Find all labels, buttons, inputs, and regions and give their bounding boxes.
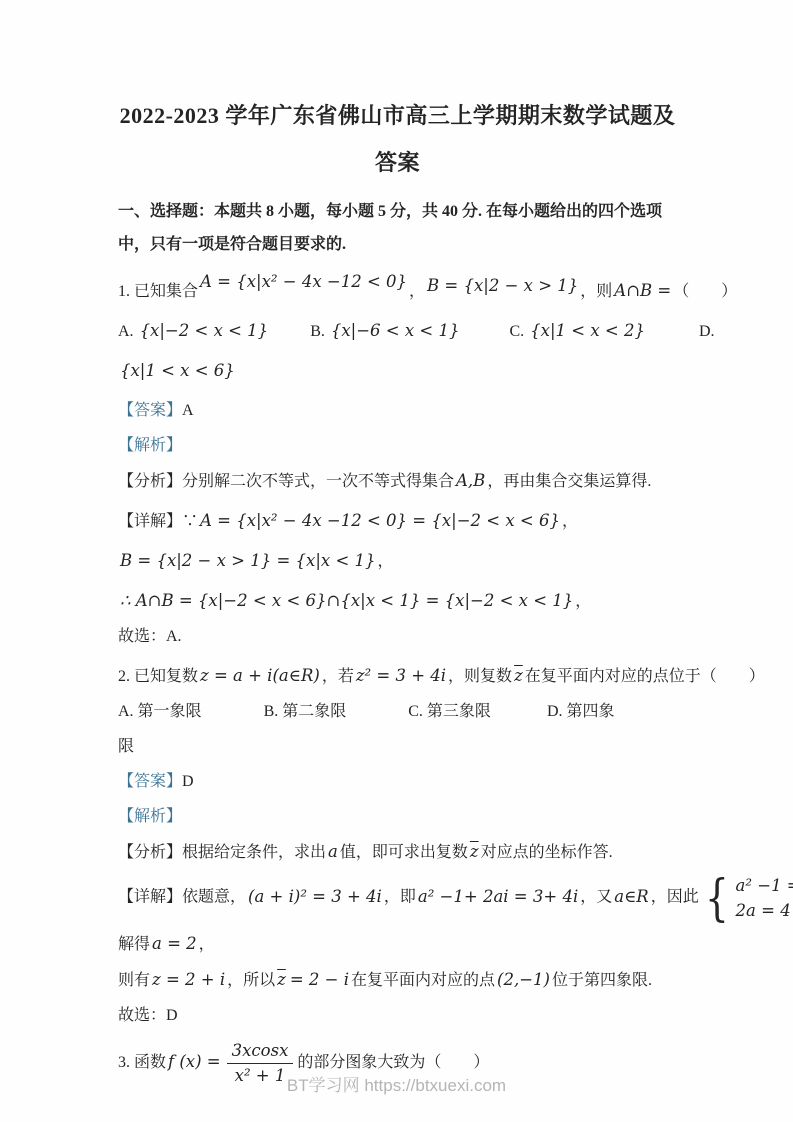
answer-label: 【解析】 xyxy=(118,437,182,454)
text-run: ， xyxy=(378,553,394,570)
equation-row: a² −1 = 3 xyxy=(734,873,793,898)
question-2-stem: 2. 已知复数z = a + i(a∈R)，若z² = 3 + 4i，则复数z在… xyxy=(118,661,677,691)
text-run: ， xyxy=(409,283,425,300)
text-run: A. 第一象限 xyxy=(118,703,202,720)
text-run: 故选：A. xyxy=(118,628,182,645)
math-run: {x|−2 < x < 1} xyxy=(138,321,271,340)
math-run: z = 2 + i xyxy=(150,970,227,989)
text-run: 解得 xyxy=(118,936,150,953)
text-run: ，因此 xyxy=(651,889,699,906)
math-run: A = {x|x² − 4x −12 < 0} = {x|−2 < x < 6} xyxy=(198,511,562,530)
text-run: ， xyxy=(575,593,591,610)
exam-document-page: 2022-2023 学年广东省佛山市高三上学期期末数学试题及答案 一、选择题：本… xyxy=(0,0,793,1122)
answer-label: 【答案】 xyxy=(118,773,182,790)
text-run: 位于第四象限. xyxy=(552,972,652,989)
spacer xyxy=(491,715,547,716)
question-1-detail-line-3: ∴ A∩B = {x|−2 < x < 6}∩{x|x < 1} = {x|−2… xyxy=(118,586,677,616)
question-1-answer: 【答案】A xyxy=(118,396,677,425)
text-run: ，则 xyxy=(580,283,612,300)
question-2-answer: 【答案】D xyxy=(118,767,677,796)
math-run: ∴ A∩B = {x|−2 < x < 6}∩{x|x < 1} = {x|−2… xyxy=(118,591,575,610)
question-2-jiexi-label: 【解析】 xyxy=(118,802,677,831)
text-run: C. 第三象限 xyxy=(408,703,491,720)
question-1-options: A. {x|−2 < x < 1}B. {x|−6 < x < 1}C. {x|… xyxy=(118,316,677,346)
text-run: D xyxy=(182,773,194,790)
question-2-detail-line-2: 解得a = 2， xyxy=(118,929,677,959)
spacer xyxy=(202,715,264,716)
equation-rows: a² −1 = 32a = 4 xyxy=(734,873,793,923)
text-run: 限 xyxy=(118,738,134,755)
text-run: 在复平面内对应的点位于（ ） xyxy=(525,668,765,685)
text-run: ，若 xyxy=(322,668,354,685)
text-run: 1. 已知集合 xyxy=(118,283,198,300)
fraction-numerator: 3xcosx xyxy=(227,1040,294,1064)
question-2-conclusion: 故选：D xyxy=(118,1001,677,1030)
question-1-jiexi-label: 【解析】 xyxy=(118,431,677,460)
text-run: 3. 函数 xyxy=(118,1054,166,1071)
question-2-detail-line-3: 则有z = 2 + i，所以z= 2 − i在复平面内对应的点(2,−1)位于第… xyxy=(118,965,677,995)
spacer xyxy=(461,335,509,336)
text-run: 【详解】依题意， xyxy=(118,889,246,906)
text-run: ，即 xyxy=(384,889,416,906)
footer-watermark: BT学习网 https://btxuexi.com xyxy=(0,1071,793,1096)
question-1-detail-line-1: 【详解】∵A = {x|x² − 4x −12 < 0} = {x|−2 < x… xyxy=(118,506,677,536)
math-run: (2,−1) xyxy=(495,970,552,989)
text-run: 值，即可求出复数 xyxy=(340,844,468,861)
text-run: 【分析】分别解二次不等式，一次不等式得集合 xyxy=(118,473,454,490)
text-run: C. xyxy=(509,323,528,340)
answer-label: 【答案】 xyxy=(118,402,182,419)
answer-label: 【解析】 xyxy=(118,808,182,825)
math-run: a² −1+ 2ai = 3+ 4i xyxy=(416,887,580,906)
math-run: A∩B = xyxy=(612,281,673,300)
math-run: f (x) = xyxy=(166,1052,223,1071)
equation-row: 2a = 4 xyxy=(734,898,793,923)
spacer xyxy=(346,715,408,716)
math-run: A,B xyxy=(454,471,487,490)
text-run: D. xyxy=(699,323,715,340)
text-run: 2. 已知复数 xyxy=(118,668,198,685)
math-run: {x|−6 < x < 1} xyxy=(329,321,462,340)
text-run: 在复平面内对应的点 xyxy=(351,972,495,989)
left-brace: { xyxy=(705,876,729,921)
question-1-stem: 1. 已知集合A = {x|x² − 4x −12 < 0}，B = {x|2 … xyxy=(118,267,677,310)
math-run: B = {x|2 − x > 1} xyxy=(425,268,580,304)
math-run: B = {x|2 − x > 1} = {x|x < 1} xyxy=(118,551,378,570)
question-2-options: A. 第一象限B. 第二象限C. 第三象限D. 第四象 xyxy=(118,697,677,726)
spacer xyxy=(270,335,310,336)
question-1-conclusion: 故选：A. xyxy=(118,622,677,651)
math-run: {x|1 < x < 6} xyxy=(118,361,237,380)
text-run: ， xyxy=(562,513,578,530)
question-1-detail-line-2: B = {x|2 − x > 1} = {x|x < 1}， xyxy=(118,546,677,576)
math-run: z = a + i(a∈R) xyxy=(198,666,322,685)
text-run: ， xyxy=(199,936,215,953)
math-run: a xyxy=(326,842,340,861)
text-run: 则有 xyxy=(118,972,150,989)
question-2-option-d-continuation: 限 xyxy=(118,732,677,761)
equation-system: {a² −1 = 32a = 4 xyxy=(701,873,793,923)
text-run: ，所以 xyxy=(227,972,275,989)
question-1-option-d-continuation: {x|1 < x < 6} xyxy=(118,356,677,386)
math-run: (a + i)² = 3 + 4i xyxy=(246,887,384,906)
math-run: z² = 3 + 4i xyxy=(354,666,448,685)
math-run: a = 2 xyxy=(150,934,199,953)
text-run: A xyxy=(182,402,194,419)
text-run: 的部分图象大致为（ ） xyxy=(297,1054,489,1071)
question-2-analysis: 【分析】根据给定条件，求出a值，即可求出复数z对应点的坐标作答. xyxy=(118,837,677,867)
text-run: A. xyxy=(118,323,138,340)
math-run: A = {x|x² − 4x −12 < 0} xyxy=(198,264,409,300)
text-run: 对应点的坐标作答. xyxy=(481,844,613,861)
text-run: （ ） xyxy=(673,283,737,300)
text-run: ，则复数 xyxy=(448,668,512,685)
text-run: D. 第四象 xyxy=(547,703,615,720)
text-run: 【详解】∵ xyxy=(118,513,198,530)
text-run: 【分析】根据给定条件，求出 xyxy=(118,844,326,861)
overline-math-run: z xyxy=(275,970,288,989)
document-title: 2022-2023 学年广东省佛山市高三上学期期末数学试题及答案 xyxy=(118,92,677,186)
math-run: = 2 − i xyxy=(288,970,351,989)
text-run: ，再由集合交集运算得. xyxy=(487,473,651,490)
section-heading: 一、选择题：本题共 8 小题，每小题 5 分，共 40 分. 在每小题给出的四个… xyxy=(118,195,677,261)
math-run: a∈R xyxy=(612,887,650,906)
overline-math-run: z xyxy=(512,666,525,685)
text-run: ，又 xyxy=(580,889,612,906)
math-run: {x|1 < x < 2} xyxy=(528,321,647,340)
text-run: 故选：D xyxy=(118,1007,178,1024)
text-run: B. 第二象限 xyxy=(264,703,347,720)
text-run: B. xyxy=(310,323,329,340)
spacer xyxy=(647,335,699,336)
overline-math-run: z xyxy=(468,842,481,861)
question-1-analysis: 【分析】分别解二次不等式，一次不等式得集合A,B，再由集合交集运算得. xyxy=(118,466,677,496)
question-2-detail-line-1: 【详解】依题意，(a + i)² = 3 + 4i，即a² −1+ 2ai = … xyxy=(118,873,677,923)
